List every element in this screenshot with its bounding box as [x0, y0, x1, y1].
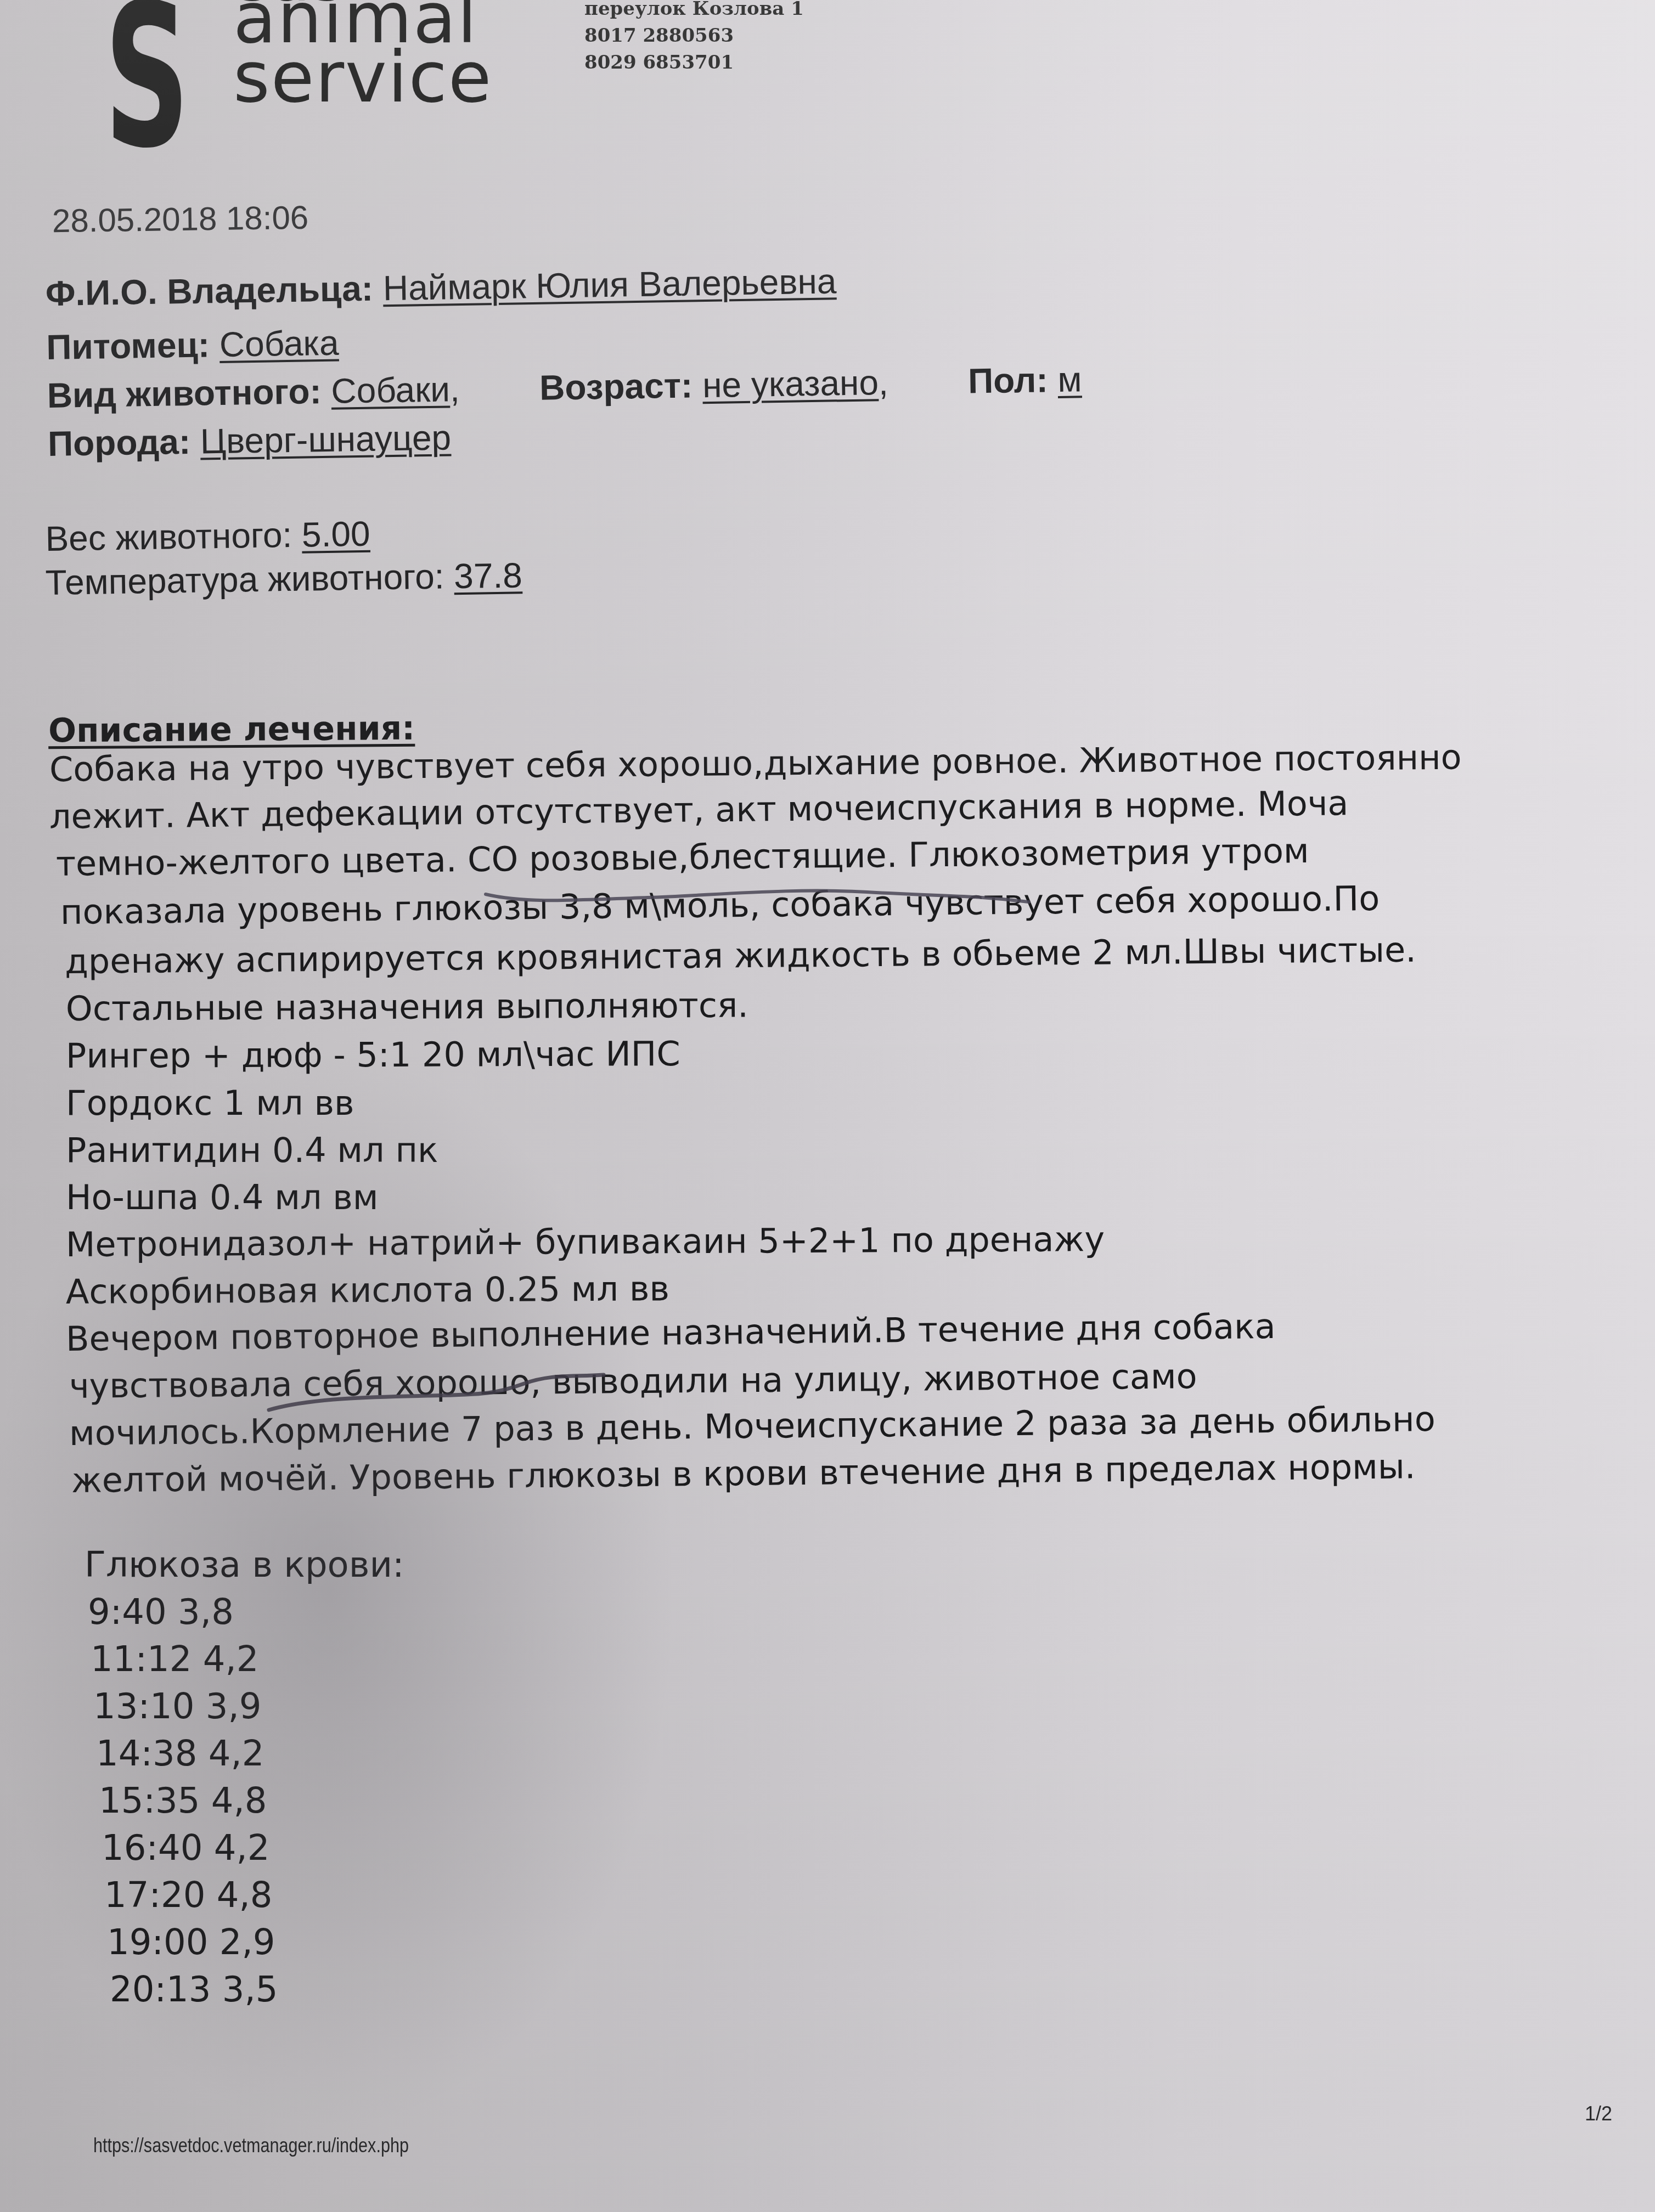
logo-text-service: service — [233, 43, 493, 113]
pet-label: Питомец: — [46, 325, 210, 367]
document-page: S sas animal service переулок Козлова 1 … — [0, 0, 1655, 2212]
glucose-time: 14:38 — [96, 1734, 197, 1774]
glucose-value: 4,2 — [214, 1828, 270, 1869]
glucose-reading: 11:12 4,2 — [91, 1636, 404, 1683]
glucose-time: 20:13 — [110, 1970, 211, 2010]
clinic-contacts: переулок Козлова 1 8017 2880563 8029 685… — [584, 0, 804, 76]
breed-value: Цверг-шнауцер — [200, 417, 451, 461]
weight-value: 5.00 — [301, 514, 370, 555]
glucose-value: 4,2 — [203, 1639, 259, 1680]
treatment-line: Остальные назначения выполняются. — [66, 977, 1641, 1032]
species-label: Вид животного: — [47, 371, 322, 415]
treatment-line: дренажу аспирируется кровянистая жидкост… — [65, 924, 1641, 985]
glucose-time: 13:10 — [93, 1686, 194, 1727]
glucose-reading: 13:10 3,9 — [93, 1683, 404, 1730]
owner-value: Наймарк Юлия Валерьевна — [382, 261, 837, 308]
glucose-title: Глюкоза в крови: — [85, 1542, 404, 1589]
weight-label: Вес животного: — [45, 515, 292, 558]
glucose-reading: 15:35 4,8 — [99, 1778, 404, 1825]
glucose-time: 11:12 — [91, 1639, 192, 1680]
treatment-line: Рингер + дюф - 5:1 20 мл\час ИПС — [66, 1027, 1641, 1080]
glucose-value: 3,8 — [178, 1592, 234, 1633]
glucose-value: 4,8 — [217, 1875, 273, 1916]
glucose-value: 3,5 — [222, 1970, 278, 2010]
age-suffix: , — [878, 363, 888, 402]
glucose-time: 15:35 — [99, 1781, 200, 1821]
treatment-line: Ранитидин 0.4 мл пк — [66, 1127, 1641, 1174]
temperature-value: 37.8 — [454, 555, 523, 596]
glucose-reading: 14:38 4,2 — [96, 1730, 404, 1778]
glucose-time: 16:40 — [102, 1828, 202, 1869]
glucose-time: 9:40 — [88, 1592, 167, 1633]
sex-value: м — [1057, 359, 1082, 399]
breed-label: Порода: — [48, 422, 191, 464]
glucose-value: 4,8 — [211, 1781, 267, 1821]
age-value: не указано — [702, 363, 879, 405]
temperature-row: Температура животного: 37.8 — [45, 555, 522, 603]
clinic-phone-1: 8017 2880563 — [584, 22, 804, 49]
glucose-reading: 9:40 3,8 — [88, 1589, 404, 1636]
glucose-reading: 17:20 4,8 — [104, 1872, 404, 1919]
clinic-phone-2: 8029 6853701 — [584, 49, 804, 76]
patient-info: Ф.И.О. Владельца: Наймарк Юлия Валерьевн… — [45, 247, 1083, 474]
pet-value: Собака — [219, 323, 339, 364]
species-value: Собаки — [331, 369, 450, 410]
glucose-value: 2,9 — [219, 1922, 275, 1963]
treatment-line: Метронидазол+ натрий+ бупивакаин 5+2+1 п… — [66, 1213, 1641, 1268]
logo-s-glyph-icon: S — [104, 0, 190, 176]
clinic-address: переулок Козлова 1 — [584, 0, 804, 22]
glucose-reading: 19:00 2,9 — [107, 1919, 404, 1966]
glucose-time: 19:00 — [107, 1922, 208, 1963]
glucose-reading: 16:40 4,2 — [102, 1825, 404, 1872]
clinic-logo: S sas animal service — [104, 0, 521, 159]
glucose-time: 17:20 — [104, 1875, 205, 1916]
treatment-line: Гордокс 1 мл вв — [66, 1080, 1641, 1127]
species-suffix: , — [449, 369, 460, 409]
document-datetime: 28.05.2018 18:06 — [52, 199, 309, 240]
glucose-section: Глюкоза в крови: 9:40 3,811:12 4,213:10 … — [88, 1542, 404, 2013]
pen-underline-mark — [483, 883, 1032, 916]
weight-row: Вес животного: 5.00 — [45, 513, 370, 559]
sex-label: Пол: — [968, 360, 1049, 400]
glucose-value: 4,2 — [209, 1734, 264, 1774]
owner-label: Ф.И.О. Владельца: — [45, 269, 373, 313]
page-number: 1/2 — [1585, 2102, 1612, 2125]
glucose-reading: 20:13 3,5 — [110, 1966, 404, 2013]
glucose-value: 3,9 — [206, 1686, 262, 1727]
pen-underline-mark-2 — [266, 1372, 606, 1415]
age-label: Возраст: — [539, 365, 693, 407]
temperature-label: Температура животного: — [45, 557, 444, 602]
footer-url: https://sasvetdoc.vetmanager.ru/index.ph… — [93, 2134, 409, 2157]
